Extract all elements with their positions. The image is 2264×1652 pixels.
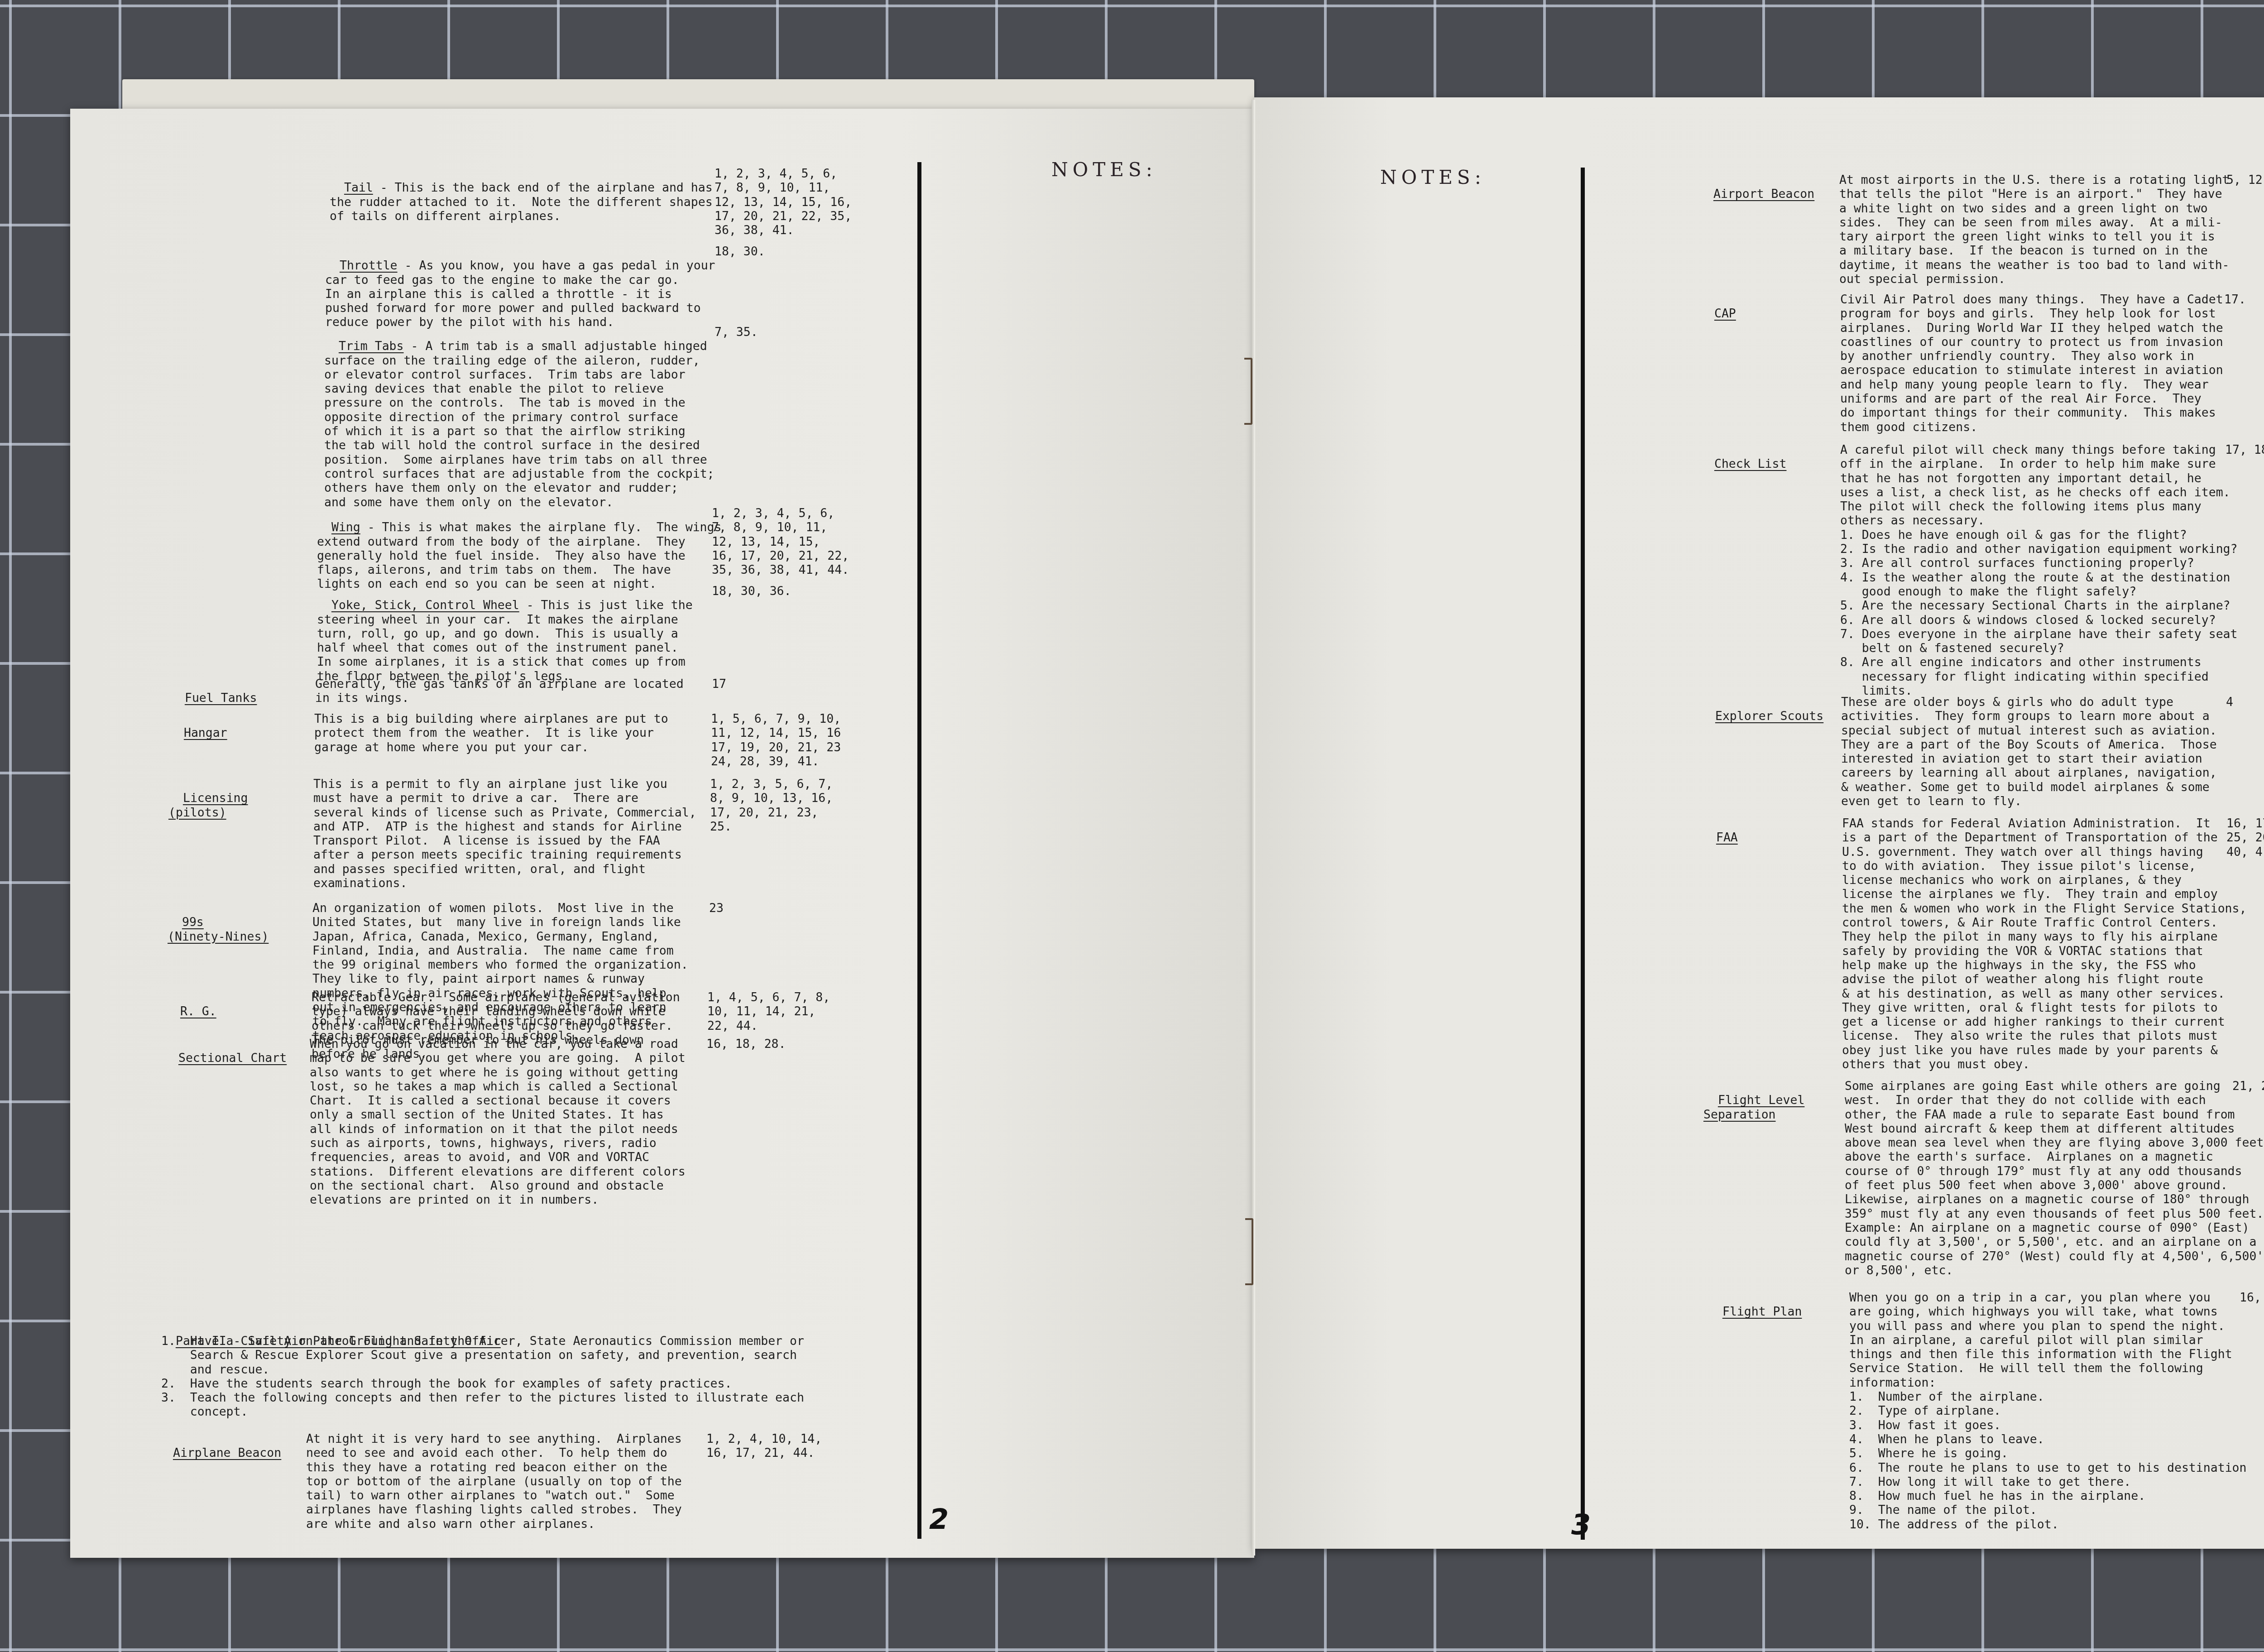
book-gutter: [1252, 100, 1255, 1556]
glossary-entry-check-list: Check List: [1700, 443, 1786, 471]
entry-refs: 5, 12, 40, 41.: [2226, 173, 2264, 187]
entry-text: - This is the back end of the airplane a…: [330, 181, 713, 223]
entry-text: Generally, the gas tanks of an airplane …: [315, 677, 684, 706]
entry-term: FAA: [1716, 831, 1738, 845]
glossary-entry-sectional-chart: Sectional Chart: [164, 1037, 287, 1066]
entry-term: Explorer Scouts: [1715, 709, 1823, 723]
entry-refs: 17.: [2224, 293, 2246, 307]
entry-term: Flight Plan: [1722, 1305, 1802, 1319]
glossary-entry-yoke: Yoke, Stick, Control Wheel - This is jus…: [317, 584, 693, 683]
part-ii-item-2: 2. Have the students search through the …: [161, 1377, 732, 1391]
glossary-entry-airport-beacon: Airport Beacon: [1699, 173, 1814, 202]
entry-text: These are older boys & girls who do adul…: [1841, 695, 2217, 808]
entry-refs: 1, 2, 3, 4, 5, 6, 7, 8, 9, 10, 11, 12, 1…: [715, 167, 852, 237]
glossary-entry-tail: Tail - This is the back end of the airpl…: [330, 167, 713, 223]
entry-refs: 1, 2, 3, 5, 6, 7, 8, 9, 10, 13, 16, 17, …: [710, 777, 833, 834]
entry-term: Sectional Chart: [178, 1051, 287, 1065]
entry-refs: 23: [709, 901, 724, 915]
entry-text: FAA stands for Federal Aviation Administ…: [1842, 816, 2246, 1071]
entry-term: Throttle: [340, 259, 398, 273]
entry-term: Flight Level Separation: [1703, 1093, 1804, 1121]
entry-refs: 1, 2, 3, 4, 5, 6, 7, 8, 9, 10, 11, 12, 1…: [712, 506, 849, 577]
entry-text: This is a permit to fly an airplane just…: [313, 777, 696, 890]
entry-refs: 4: [2226, 695, 2233, 709]
entry-term: 99s (Ninety-Nines): [168, 915, 269, 943]
entry-term: Fuel Tanks: [185, 691, 257, 705]
entry-text: Civil Air Patrol does many things. They …: [1840, 293, 2223, 434]
entry-text: When you go on a trip in a car, you plan…: [1849, 1291, 2247, 1532]
entry-refs: 16, 17, 23, 23, 25, 26, 27, 29, 40, 41.: [2226, 816, 2264, 859]
entry-text: This is a big building where airplanes a…: [314, 712, 668, 754]
entry-term: Airplane Beacon: [173, 1446, 281, 1460]
entry-refs: 1, 2, 4, 10, 14, 16, 17, 21, 44.: [706, 1432, 822, 1460]
glossary-entry-explorer-scouts: Explorer Scouts: [1701, 695, 1823, 724]
glossary-entry-flight-plan: Flight Plan: [1708, 1291, 1802, 1319]
glossary-entry-rg: R. G.: [166, 990, 216, 1019]
glossary-entry-wing: Wing - This is what makes the airplane f…: [317, 506, 721, 591]
staple-lower: [1245, 1218, 1253, 1285]
glossary-entry-99s: 99s (Ninety-Nines): [168, 901, 269, 944]
entry-text: Some airplanes are going East while othe…: [1845, 1079, 2264, 1277]
glossary-entry-trim-tabs: Trim Tabs - A trim tab is a small adjust…: [324, 325, 715, 509]
entry-refs: 16, 29.: [2240, 1291, 2264, 1305]
part-ii-item-1: 1. Have a Civil Air Patrol Flight Safety…: [161, 1334, 804, 1377]
entry-term: Tail: [344, 181, 373, 195]
glossary-entry-throttle: Throttle - As you know, you have a gas p…: [325, 245, 715, 330]
entry-term: R. G.: [180, 1004, 216, 1018]
entry-refs: 18, 30.: [715, 245, 765, 259]
entry-text: - A trim tab is a small adjustable hinge…: [324, 339, 715, 509]
right-page-margin-rule: [1581, 168, 1585, 1540]
entry-refs: 7, 35.: [715, 325, 758, 339]
entry-term: CAP: [1714, 307, 1736, 321]
page-number-right: 3: [1571, 1508, 1591, 1541]
entry-term: Check List: [1714, 457, 1787, 471]
entry-refs: 17, 18: [2225, 443, 2264, 457]
entry-term: Licensing (pilots): [168, 791, 248, 819]
entry-refs: 17: [712, 677, 726, 691]
left-page-margin-rule: [917, 162, 921, 1539]
entry-refs: 1, 5, 6, 7, 9, 10, 11, 12, 14, 15, 16 17…: [711, 712, 841, 768]
entry-term: Hangar: [184, 726, 227, 740]
staple-upper: [1244, 358, 1252, 425]
entry-refs: 18, 30, 36.: [712, 584, 791, 598]
entry-refs: 16, 18, 28.: [706, 1037, 786, 1051]
glossary-entry-hangar: Hangar: [169, 712, 227, 740]
glossary-entry-faa: FAA: [1702, 816, 1738, 845]
entry-term: Yoke, Stick, Control Wheel: [331, 598, 519, 612]
page-number-left: 2: [929, 1503, 949, 1536]
entry-text: When you go on vacation in the car, you …: [310, 1037, 686, 1207]
entry-text: - This is what makes the airplane fly. T…: [317, 520, 721, 591]
glossary-entry-licensing: Licensing (pilots): [168, 777, 248, 820]
entry-term: Trim Tabs: [339, 339, 404, 353]
notes-heading-left: NOTES:: [1051, 158, 1157, 181]
entry-term: Wing: [331, 520, 360, 534]
part-ii-item-3: 3. Teach the following concepts and then…: [161, 1391, 804, 1419]
entry-refs: 1, 4, 5, 6, 7, 8, 10, 11, 14, 21, 22, 44…: [707, 990, 830, 1033]
entry-text: A careful pilot will check many things b…: [1840, 443, 2238, 698]
entry-text: At night it is very hard to see anything…: [306, 1432, 682, 1531]
entry-text: At most airports in the U.S. there is a …: [1839, 173, 2230, 286]
glossary-entry-airplane-beacon: Airplane Beacon: [158, 1432, 281, 1460]
entry-term: Airport Beacon: [1713, 187, 1814, 201]
notes-heading-right: NOTES:: [1380, 166, 1486, 188]
glossary-entry-flight-level-separation: Flight Level Separation: [1703, 1079, 1804, 1122]
entry-refs: 21, 26, 27.: [2232, 1079, 2264, 1093]
glossary-entry-fuel-tanks: Fuel Tanks: [170, 677, 257, 706]
glossary-entry-cap: CAP: [1700, 293, 1736, 321]
